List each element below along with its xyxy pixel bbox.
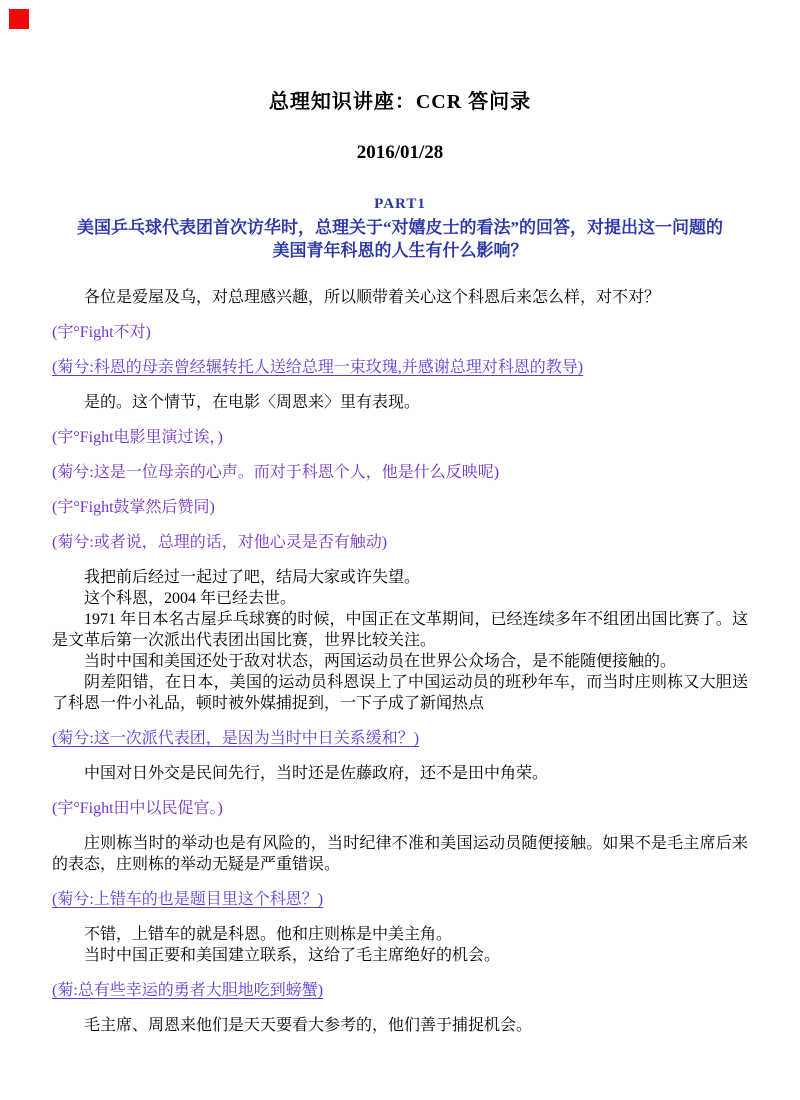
page-title: 总理知识讲座：CCR 答问录 <box>52 90 748 114</box>
question-line-2: 美国青年科恩的人生有什么影响？ <box>273 241 528 260</box>
body-paragraph: 庄则栋当时的举动也是有风险的，当时纪律不准和美国运动员随便接触。如果不是毛主席后… <box>52 833 748 875</box>
body-paragraph: 是的。这个情节，在电影〈周恩来〉里有表现。 <box>52 392 748 413</box>
chat-dialogue-link[interactable]: (菊兮:上错车的也是题目里这个科恩？) <box>52 889 748 910</box>
body-text: 各位是爱屋及乌，对总理感兴趣，所以顺带着关心这个科恩后来怎么样，对不对？ (宇°… <box>52 287 748 1036</box>
red-square-marker <box>9 9 29 29</box>
chat-dialogue-link[interactable]: (菊:总有些幸运的勇者大胆地吃到螃蟹) <box>52 980 748 1001</box>
body-paragraph: 中国对日外交是民间先行，当时还是佐藤政府，还不是田中角荣。 <box>52 763 748 784</box>
section-question: 美国乒乓球代表团首次访华时，总理关于“对嬉皮士的看法”的回答，对提出这一问题的 … <box>52 216 748 262</box>
body-paragraph: 1971 年日本名古屋乒乓球赛的时候，中国正在文革期间，已经连续多年不组团出国比… <box>52 609 748 651</box>
body-paragraph: 这个科恩，2004 年已经去世。 <box>52 588 748 609</box>
question-line-1: 美国乒乓球代表团首次访华时，总理关于“对嬉皮士的看法”的回答，对提出这一问题的 <box>77 218 723 237</box>
chat-dialogue-line: (宇°Fight不对) <box>52 322 748 343</box>
body-paragraph: 我把前后经过一起过了吧，结局大家或许失望。 <box>52 567 748 588</box>
body-paragraph: 当时中国和美国还处于敌对状态，两国运动员在世界公众场合，是不能随便接触的。 <box>52 651 748 672</box>
body-paragraph: 当时中国正要和美国建立联系，这给了毛主席绝好的机会。 <box>52 945 748 966</box>
chat-dialogue-line: (宇°Fight田中以民促官。) <box>52 798 748 819</box>
chat-dialogue-line: (宇°Fight鼓掌然后赞同) <box>52 497 748 518</box>
body-paragraph: 毛主席、周恩来他们是天天要看大参考的，他们善于捕捉机会。 <box>52 1015 748 1036</box>
document-body: 总理知识讲座：CCR 答问录 2016/01/28 PART1 美国乒乓球代表团… <box>0 0 800 1036</box>
document-date: 2016/01/28 <box>52 142 748 164</box>
body-paragraph: 阴差阳错，在日本，美国的运动员科恩误上了中国运动员的班秒年车，而当时庄则栋又大胆… <box>52 672 748 714</box>
chat-dialogue-link[interactable]: (菊兮:这一次派代表团，是因为当时中日关系缓和？) <box>52 728 748 749</box>
chat-dialogue-line: (宇°Fight电影里演过诶，) <box>52 427 748 448</box>
document-page: 总理知识讲座：CCR 答问录 2016/01/28 PART1 美国乒乓球代表团… <box>0 0 800 1100</box>
chat-dialogue-line: (菊兮:或者说，总理的话，对他心灵是否有触动) <box>52 532 748 553</box>
body-paragraph: 各位是爱屋及乌，对总理感兴趣，所以顺带着关心这个科恩后来怎么样，对不对？ <box>52 287 748 308</box>
body-paragraph: 不错，上错车的就是科恩。他和庄则栋是中美主角。 <box>52 924 748 945</box>
chat-dialogue-line: (菊兮:这是一位母亲的心声。而对于科恩个人，他是什么反映呢) <box>52 462 748 483</box>
chat-dialogue-link[interactable]: (菊兮:科恩的母亲曾经辗转托人送给总理一束玫瑰,并感谢总理对科恩的教导) <box>52 357 748 378</box>
part-heading: PART1 <box>52 196 748 213</box>
